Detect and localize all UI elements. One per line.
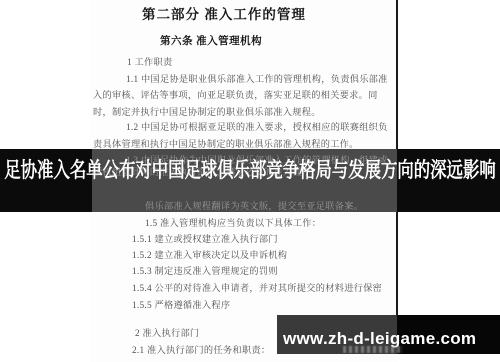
document-text-line: 时，制定并执行中国足协制定的职业俱乐部准入规程。 [93,107,321,118]
document-text-line: 入的审核、评估等事项，向亚足联负责，落实亚足联的相关要求。同 [93,90,378,101]
document-text-line: 责具体管理和执行中国足协制定的职业俱乐部准入规程的工作。 [93,139,359,150]
document-text-line: 1.5.1 建立或授权建立准入执行部门 [132,234,278,245]
watermark-url: www.zh-d-leigame.com [283,330,476,347]
headline-text: 足协准入名单公布对中国足球俱乐部竞争格局与发展方向的深远影响 [4,158,495,184]
illegible-stamp [343,346,403,353]
document-text-line: 1.5 准入管理机构应当负责以下具体工作： [145,218,321,229]
document-text-line: 1.5.3 制定违反准入管理规定的罚则 [132,266,278,277]
page-canvas: 第二部分 准入工作的管理 第六条 准入管理机构 1 工作职责1.1 中国足协是职… [0,0,500,362]
watermark-banner: www.zh-d-leigame.com [277,315,500,354]
document-text-line: 1 工作职责 [127,57,172,68]
document-text-line: 1.2 中国足协可根据亚足联的准入要求，授权相应的联赛组织负 [126,122,388,133]
document-article-title: 第六条 准入管理机构 [160,36,262,49]
document-text-line: 1.5.4 公平的对待准入申请者，并对其所提交的材料进行保密 [132,283,382,294]
document-text-line: 1.1 中国足协是职业俱乐部准入工作的管理机构，负责俱乐部准 [126,74,388,85]
document-text-line: 1.5.2 建立准入审核决定以及申诉机构 [132,250,287,261]
document-part-title: 第二部分 准入工作的管理 [142,7,306,23]
document-text-line: 1.5.5 严格遵循准入程序 [132,300,230,311]
document-text-line: 2 准入执行部门 [135,328,199,339]
document-text-line: 2.1 准入执行部门的任务和职责： [132,345,270,356]
